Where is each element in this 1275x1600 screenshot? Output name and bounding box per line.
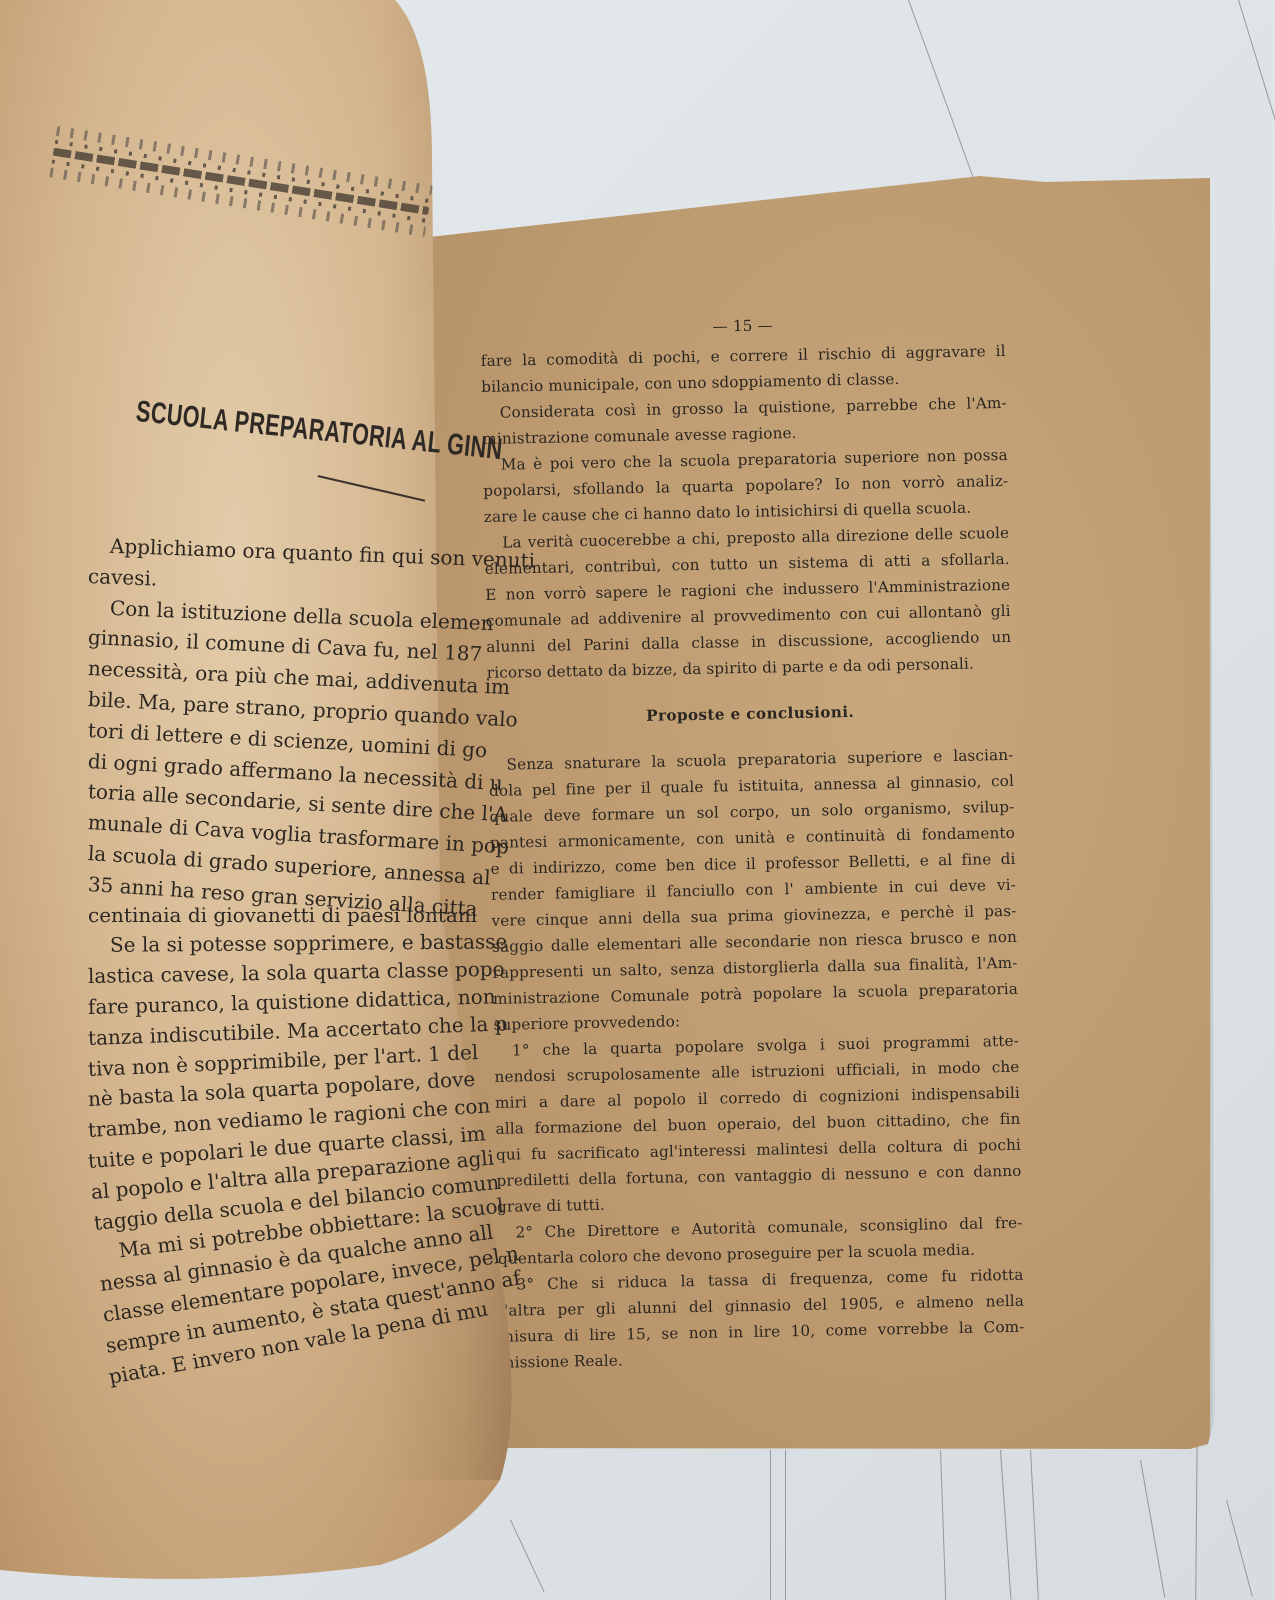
left-page-text: Applichiamo ora quanto fin qui son venut… <box>88 530 508 1392</box>
right-body-before: fare la comodità di pochi, e correre il … <box>481 338 1012 686</box>
table-seam <box>510 1520 545 1593</box>
right-page-text: — 15 — fare la comodità di pochi, e corr… <box>480 308 1025 1376</box>
section-heading: Proposte e conclusioni. <box>487 696 1012 732</box>
table-seam <box>1000 1450 1011 1600</box>
right-body-after: Senza snaturare la scuola preparatoria s… <box>488 742 1025 1376</box>
table-seam <box>770 1450 771 1600</box>
text-line: centinaia di giovanetti di paesi lontani <box>88 900 508 931</box>
table-seam <box>908 0 974 179</box>
table-seam <box>785 1450 786 1600</box>
table-seam <box>940 1450 946 1600</box>
table-seam <box>1140 1460 1165 1598</box>
table-seam <box>1226 1500 1253 1597</box>
table-seam <box>1030 1450 1039 1600</box>
table-seam <box>1238 0 1275 134</box>
